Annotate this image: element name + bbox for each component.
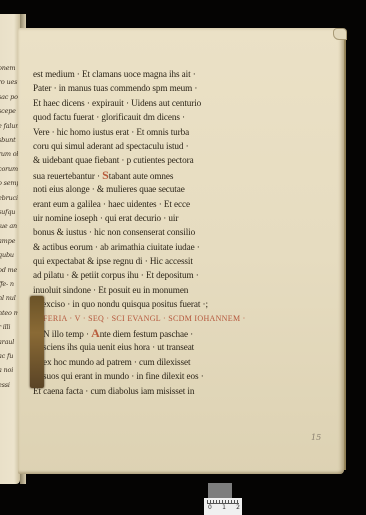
left-page-text-fragment: ebruci <box>0 194 18 202</box>
red-capital: S <box>102 168 109 182</box>
left-page-text-fragment: corum <box>0 165 18 173</box>
ruler-label: 2 <box>236 504 240 511</box>
text-line: ex hoc mundo ad patrem · cum dilexisset <box>33 355 283 369</box>
folio-number: 15 <box>311 433 321 442</box>
left-page-text-fragment: scepe <box>0 107 16 115</box>
left-page-text-fragment: essi <box>0 381 10 389</box>
left-page-text-fragment: rum ob <box>0 150 20 158</box>
left-page-edge: onemro uessac popscepee falumsbuntrum ob… <box>0 14 20 484</box>
left-page-text-fragment: onem <box>0 64 15 72</box>
left-page-text-fragment: ampe <box>0 237 15 245</box>
left-page-text-fragment: nl nul <box>0 294 16 302</box>
rubric-heading: FERIA · V · SEQ · SCI EVANGL · SCDM IOHA… <box>33 312 283 326</box>
text-line-segment: nte diem festum paschae · <box>100 329 193 339</box>
ruler-label: 0 <box>208 504 212 511</box>
text-line: Pater · in manus tuas commendo spm meum … <box>33 81 283 95</box>
text-line: noti eius alonge · & mulieres quae secut… <box>33 182 283 196</box>
text-line: inuoluit sindone · Et posuit eu in monum… <box>33 283 283 297</box>
text-line: quod factu fuerat · glorificauit dm dice… <box>33 110 283 124</box>
text-line: sua reuertebantur · Stabant aute omnes <box>33 168 283 182</box>
left-page-text-fragment: od me <box>0 266 17 274</box>
folded-corner <box>333 28 347 40</box>
text-line: est medium · Et clamans uoce magna ihs a… <box>33 67 283 81</box>
left-page-text-fragment: ffe- n <box>0 280 14 288</box>
text-line: erant eum a galilea · haec uidentes · Et… <box>33 197 283 211</box>
text-line: bonus & iustus · hic non consenserat con… <box>33 225 283 239</box>
red-capital: A <box>91 326 100 340</box>
text-line: suos qui erant in mundo · in fine dilexi… <box>33 369 283 383</box>
left-page-text-fragment: o semp <box>0 179 20 187</box>
left-page-text-fragment: e falum <box>0 122 20 130</box>
text-line-segment: N illo temp · <box>43 329 91 339</box>
scale-ruler: 0 1 2 <box>204 498 242 515</box>
text-line-segment: sua reuertebantur · <box>33 171 102 181</box>
ruler-label: 1 <box>222 504 226 511</box>
text-line: Vere · hic homo iustus erat · Et omnis t… <box>33 125 283 139</box>
text-line: coru qui simul aderant ad spectaculu ist… <box>33 139 283 153</box>
text-line: qui expectabat & ipse regnu di · Hic acc… <box>33 254 283 268</box>
text-line: sciens ihs quia uenit eius hora · ut tra… <box>33 340 283 354</box>
text-line: to exciso · in quo nondu quisqua positus… <box>33 297 283 311</box>
text-line-segment: tabant aute omnes <box>109 171 174 181</box>
left-page-text-fragment: sufqu <box>0 208 15 216</box>
text-line: Et caena facta · cum diabolus iam misiss… <box>33 384 283 398</box>
left-page-text-fragment: iue an <box>0 222 17 230</box>
text-line: Et haec dicens · expirauit · Uidens aut … <box>33 96 283 110</box>
left-page-text-fragment: sbunt <box>0 136 15 144</box>
manuscript-text-block: est medium · Et clamans uoce magna ihs a… <box>33 67 283 398</box>
text-line: & actibus eorum · ab arimathia ciuitate … <box>33 240 283 254</box>
left-page-text-fragment: a noi <box>0 366 13 374</box>
left-page-text-fragment: ac fu <box>0 352 13 360</box>
gray-color-patch <box>208 483 232 498</box>
left-page-text-fragment: qubu <box>0 251 14 259</box>
left-page-text-fragment: ro ues <box>0 78 17 86</box>
illuminated-initial-I <box>30 296 44 388</box>
left-page-text-fragment: araul <box>0 338 14 346</box>
text-line: & uidebant quae fiebant · p cutientes pe… <box>33 153 283 167</box>
text-line: N illo temp · Ante diem festum paschae · <box>33 326 283 340</box>
left-page-text-fragment: r illi <box>0 323 10 331</box>
text-line: uir nomine ioseph · qui erat decurio · u… <box>33 211 283 225</box>
text-line: ad pilatu · & petiit corpus ihu · Et dep… <box>33 268 283 282</box>
left-page-text-fragment: sac pop <box>0 93 20 101</box>
left-page-text-fragment: nteo m <box>0 309 20 317</box>
